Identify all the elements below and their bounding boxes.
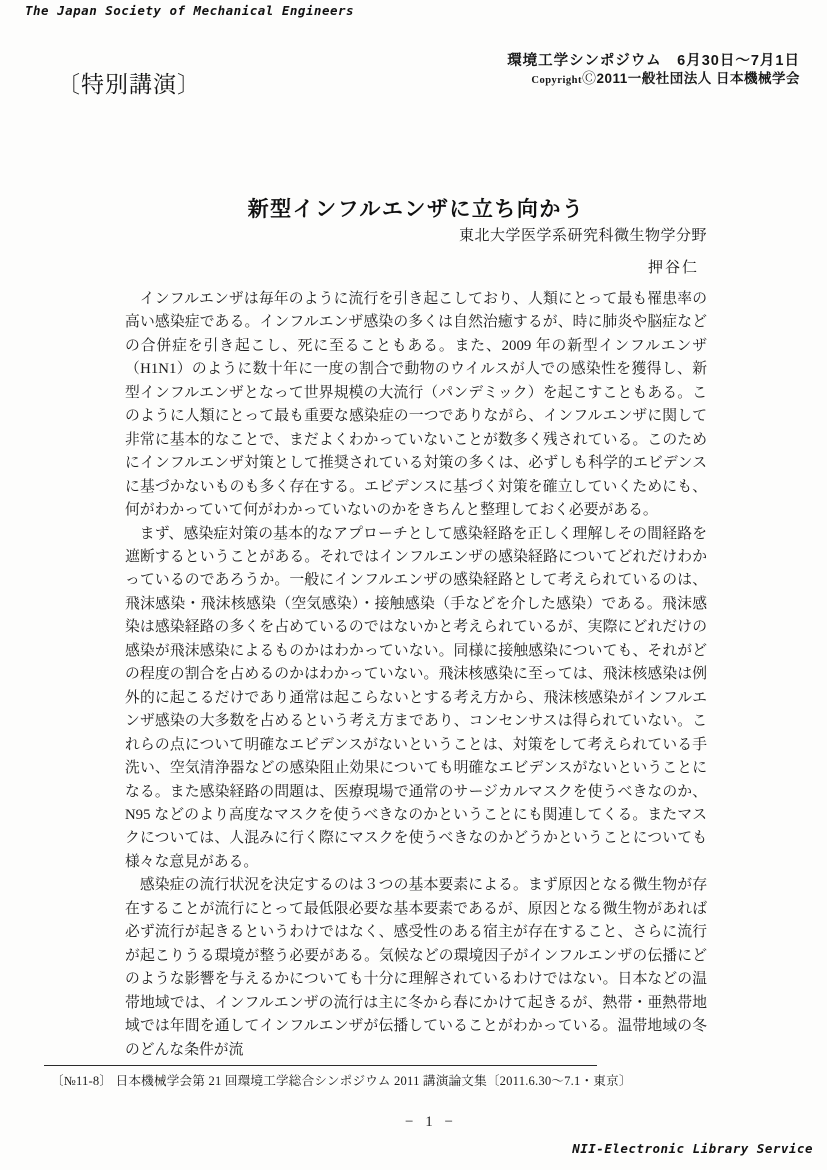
header-right-block: 環境工学シンポジウム 6月30日～7月1日 CopyrightⒸ2011一般社団… [507, 52, 800, 88]
page-title: 新型インフルエンザに立ち向かう [125, 193, 707, 223]
symposium-title-line: 環境工学シンポジウム 6月30日～7月1日 [507, 52, 800, 70]
copyright-text: 2011一般社団法人 日本機械学会 [596, 71, 800, 86]
library-service-imprint: NII-Electronic Library Service [572, 1141, 813, 1156]
body-paragraph: 感染症の流行状況を決定するのは３つの基本要素による。まず原因となる微生物が存在す… [125, 874, 707, 1062]
body-paragraph: まず、感染症対策の基本的なアプローチとして感染経路を正しく理解しその間経路を遮断… [125, 523, 707, 875]
body-paragraph: インフルエンザは毎年のように流行を引き起こしており、人類にとって最も罹患率の高い… [125, 288, 707, 523]
copyright-symbol-icon: Ⓒ [582, 70, 597, 86]
author-name: 押谷仁 [125, 256, 699, 277]
article-body: インフルエンザは毎年のように流行を引き起こしており、人類にとって最も罹患率の高い… [125, 288, 707, 1062]
publisher-imprint: The Japan Society of Mechanical Engineer… [25, 3, 354, 18]
footnote-divider [44, 1065, 597, 1066]
document-page: The Japan Society of Mechanical Engineer… [0, 0, 827, 1170]
author-affiliation: 東北大学医学系研究科微生物学分野 [125, 224, 707, 245]
copyright-line: CopyrightⒸ2011一般社団法人 日本機械学会 [507, 70, 800, 88]
lecture-type-label: 〔特別講演〕 [57, 66, 201, 99]
page-number: − 1 − [140, 1114, 722, 1131]
copyright-prefix: Copyright [531, 75, 582, 86]
proceedings-footnote: 〔№11-8〕 日本機械学会第 21 回環境工学総合シンポジウム 2011 講演… [51, 1070, 632, 1089]
